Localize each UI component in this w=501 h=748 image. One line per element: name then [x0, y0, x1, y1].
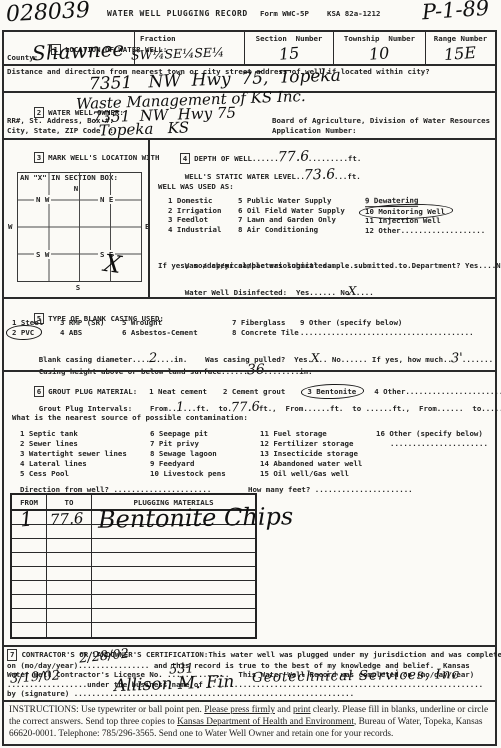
township-number-label: Township Number — [344, 34, 415, 44]
used-as-option-monitoring-well-circled: 10 Monitoring Well — [365, 207, 445, 216]
instructions-text: INSTRUCTIONS: Use typewriter or ball poi… — [9, 705, 204, 715]
section-7-certification-box: 7CONTRACTOR'S OR LANDOWNER'S CERTIFICATI… — [2, 645, 497, 702]
contamination-option: 8 Sewage lagoon — [150, 449, 226, 459]
disinfected-tail: .... — [356, 288, 374, 297]
casing-option: 6 Asbestos-Cement — [122, 328, 198, 338]
section-4-well-box: 4DEPTH OF WELL......77.6.........ft. WEL… — [148, 138, 497, 299]
casing-other-dots: ....................................... — [300, 328, 474, 338]
casing-option: 5 Wrought — [122, 318, 162, 328]
contamination-other-dots: ...................... — [376, 439, 488, 449]
contamination-option: 9 Feedyard — [150, 459, 226, 469]
contamination-option: 1 Septic tank — [20, 429, 127, 439]
chemical-sample-date-line: If yes, mo/day/yr sample was submitted..… — [158, 261, 421, 271]
contamination-option: 15 Oil well/Gas well — [260, 469, 362, 479]
compass-south-label: S — [4, 283, 152, 293]
application-number-label: Application Number: — [272, 126, 357, 136]
instructions-underlined-press-firmly: Please press firmly — [204, 705, 275, 715]
casing-option: 3 RMP (SR) — [60, 318, 105, 328]
form-number-label: Form WWC-5P — [260, 9, 309, 19]
instructions-underlined-print: print — [293, 705, 311, 715]
used-as-option: 6 Oil Field Water Supply — [238, 206, 345, 216]
contamination-option: 2 Sewer lines — [20, 439, 127, 449]
casing-option: 1 Steel — [12, 318, 43, 328]
grout-interval-from-handwritten: 1 — [175, 402, 184, 412]
disinfected-question: Water Well Disinfected: Yes...... No — [185, 288, 350, 297]
contamination-option: 16 Other (specify below) — [376, 429, 488, 439]
contractor-signature-handwritten: Allison M. Fin — [114, 674, 235, 695]
contamination-option: 3 Watertight sewer lines — [20, 449, 127, 459]
fraction-value-handwritten: SW¼SE¼SE¼ — [131, 46, 225, 62]
grout-interval-to-handwritten: 77.6 — [231, 402, 260, 413]
contamination-option: 6 Seepage pit — [150, 429, 226, 439]
contamination-question: What is the nearest source of possible c… — [12, 413, 248, 423]
used-as-option: 5 Public Water Supply — [238, 196, 345, 206]
mark-location-title-line1: MARK WELL'S LOCATION WITH — [48, 153, 159, 162]
grout-intervals-label: Grout Plug Intervals: From.. — [39, 404, 177, 413]
compass-west-label: W — [6, 222, 14, 231]
casing-option: 4 ABS — [60, 328, 82, 338]
section-1-location-box: 1LOCATION OF WATER WELL: County: Fractio… — [2, 30, 497, 93]
contamination-option: 10 Livestock pens — [150, 469, 226, 479]
casing-how-much-label: .. No...... If yes, how much.. — [319, 355, 453, 364]
how-many-feet-label: How many feet? ...................... — [248, 485, 413, 495]
casing-pulled-tail: ....... — [462, 355, 493, 364]
static-water-level-label: WELL'S STATIC WATER LEVEL.. — [185, 172, 305, 181]
disinfected-no-x-mark: X — [348, 286, 357, 296]
used-as-option: 2 Irrigation — [168, 206, 221, 216]
well-used-as-label: WELL WAS USED AS: — [158, 182, 234, 192]
used-as-option-dewatering-underlined: 9 Dewatering — [365, 196, 419, 207]
owner-city-value-handwritten: Topeka KS — [99, 120, 190, 138]
used-as-option: 8 Air Conditioning — [238, 225, 345, 235]
ksa-label: KSA 82a-1212 — [327, 9, 380, 19]
casing-option: 9 Other (specify below) — [300, 318, 402, 328]
certification-line5: by (signature) .........................… — [7, 689, 501, 699]
plate-number-handwritten: P-1-89 — [421, 0, 490, 23]
section-3-number: 3 — [34, 152, 44, 164]
section-3-mark-location-box: 3MARK WELL'S LOCATION WITH AN "X" IN SEC… — [2, 138, 150, 299]
instructions-underlined-kdhe: Kansas Department of Health and Environm… — [177, 717, 354, 727]
range-number-value: 15E — [444, 44, 477, 62]
section-grid — [17, 172, 142, 282]
casing-option: 7 Fiberglass — [232, 318, 285, 328]
compass-northeast-label: N E — [98, 195, 115, 204]
casing-option: 8 Concrete Tile — [232, 328, 299, 338]
contamination-option: 5 Cess Pool — [20, 469, 127, 479]
plug-row-from-value-handwritten: 1 — [19, 508, 33, 529]
grout-intervals-mid: ...ft. to. — [183, 404, 232, 413]
section-2-owner-box: 2WATER WELL OWNER: RR#, St. Address, Box… — [2, 91, 497, 140]
contamination-option: 4 Lateral lines — [20, 459, 127, 469]
plugging-materials-table: FROM TO PLUGGING MATERIALS 1 77.6 Benton… — [10, 493, 257, 639]
section-7-number: 7 — [7, 649, 17, 661]
grout-intervals-tail: ft., From......ft. to ......ft., From...… — [259, 404, 501, 413]
range-number-label: Range Number — [434, 34, 487, 44]
owner-city-label: City, State, ZIP Code : — [7, 126, 114, 136]
table-header-to: TO — [47, 495, 92, 509]
depth-of-well-value-handwritten: 77.6 — [278, 152, 309, 163]
instructions-box: INSTRUCTIONS: Use typewriter or ball poi… — [2, 700, 497, 746]
form-title: WATER WELL PLUGGING RECORD — [107, 9, 248, 19]
section-number-value: 15 — [278, 45, 299, 62]
section-5-casing-box: 5TYPE OF BLANK CASING USED: 1 Steel 3 RM… — [2, 297, 497, 372]
used-as-option: 3 Feedlot — [168, 215, 221, 225]
casing-pulled-amount-handwritten: 3' — [451, 353, 463, 363]
used-as-option: 4 Industrial — [168, 225, 221, 235]
used-as-option: 11 Injection Well — [365, 216, 485, 226]
compass-southwest-label: S W — [34, 250, 51, 259]
fraction-label: Fraction — [135, 32, 244, 44]
instructions-text: and — [275, 705, 293, 715]
casing-option-pvc-circled: 2 PVC — [12, 328, 34, 337]
board-of-agriculture-label: Board of Agriculture, Division of Water … — [272, 116, 490, 126]
section-number-label: Section Number — [256, 34, 323, 44]
county-value-handwritten: Shawnee — [32, 39, 125, 64]
document-number-handwritten: 028039 — [5, 0, 90, 26]
used-as-option: 12 Other................... — [365, 226, 485, 236]
township-number-value: 10 — [369, 45, 390, 62]
well-location-x-mark-handwritten: X — [102, 251, 122, 277]
contamination-option: 13 Insecticide storage — [260, 449, 362, 459]
used-as-option: 7 Lawn and Garden Only — [238, 215, 345, 225]
plug-row-to-value-handwritten: 77.6 — [50, 511, 84, 528]
contamination-option: 7 Pit privy — [150, 439, 226, 449]
compass-northwest-label: N W — [34, 195, 51, 204]
water-well-plugging-record-form: 028039 WATER WELL PLUGGING RECORD Form W… — [0, 0, 501, 748]
contamination-option: 14 Abandoned water well — [260, 459, 362, 469]
static-ft-suffix: ...ft. — [334, 172, 361, 181]
used-as-option: 1 Domestic — [168, 196, 221, 206]
date-record-completed-handwritten: 3/19/02 — [10, 669, 61, 685]
static-water-level-value-handwritten: 73.6 — [304, 170, 335, 181]
plug-row-material-value-handwritten: Bentonite Chips — [98, 504, 294, 531]
contamination-option: 11 Fuel storage — [260, 429, 362, 439]
contamination-option: 12 Fertilizer storage — [260, 439, 362, 449]
